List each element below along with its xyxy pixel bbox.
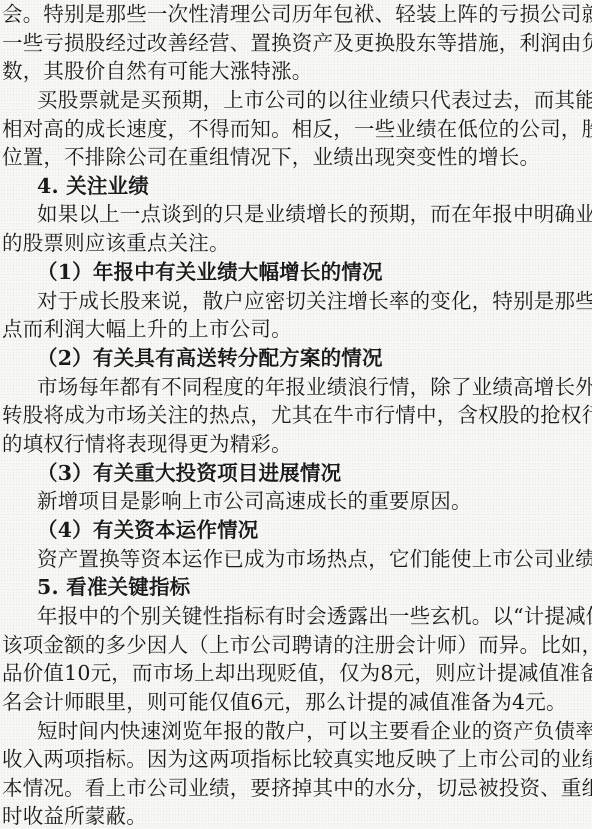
subsection-heading-3: （3）有关重大投资项目进展情况 xyxy=(37,459,592,487)
paragraph-first-line: 如果以上一点谈到的只是业绩增长的预期，而在年报中明确业绩大幅增长 xyxy=(37,200,592,228)
subsection-heading-1: （1）年报中有关业绩大幅增长的情况 xyxy=(37,258,592,286)
text-line: 收入两项指标。因为这两项指标比较真实地反映了上市公司的业绩和经营的基 xyxy=(2,745,592,773)
paragraph-first-line: 年报中的个别关键性指标有时会透露出一些玄机。以“计提减值”为例， xyxy=(37,602,592,630)
subsection-heading-4: （4）有关资本运作情况 xyxy=(37,516,592,544)
text-line: 位置，不排除公司在重组情况下，业绩出现突变性的增长。 xyxy=(2,143,592,171)
text-line: 时收益所蒙蔽。 xyxy=(2,802,592,829)
text-line: 名会计师眼里，则可能仅值6元，那么计提的减值准备为4元。 xyxy=(2,688,592,716)
paragraph-first-line: 市场每年都有不同程度的年报业绩浪行情，除了业绩高增长外，大比例送 xyxy=(37,373,592,401)
paragraph-first-line: 买股票就是买预期，上市公司的以往业绩只代表过去，而其能否继续保持 xyxy=(37,86,592,114)
text-line: 数，其股价自然有可能大涨特涨。 xyxy=(2,57,592,85)
text-line: 的股票则应该重点关注。 xyxy=(2,229,592,257)
paragraph-first-line: 资产置换等资本运作已成为市场热点，它们能使上市公司业绩大幅提升。 xyxy=(37,545,592,573)
text-line: 该项金额的多少因人（上市公司聘请的注册会计师）而异。比如，公司某件产 xyxy=(2,631,592,659)
section-heading-5: 5. 看准关键指标 xyxy=(37,573,592,601)
text-line: 的填权行情将表现得更为精彩。 xyxy=(2,430,592,458)
text-line: 点而利润大幅上升的上市公司。 xyxy=(2,315,592,343)
document-page: 会。特别是那些一次性清理公司历年包袱、轻装上阵的亏损公司就更要关注。 一些亏损股… xyxy=(0,0,592,829)
text-line: 会。特别是那些一次性清理公司历年包袱、轻装上阵的亏损公司就更要关注。 xyxy=(2,0,592,28)
text-line: 品价值10元，而市场上却出现贬值，仅为8元，则应计提减值准备2元。在另一 xyxy=(2,659,592,687)
paragraph-first-line: 新增项目是影响上市公司高速成长的重要原因。 xyxy=(37,487,592,515)
text-line: 一些亏损股经过改善经营、置换资产及更换股东等措施，利润由负数变成正 xyxy=(2,29,592,57)
subsection-heading-2: （2）有关具有高送转分配方案的情况 xyxy=(37,344,592,372)
text-line: 本情况。看上市公司业绩，要挤掉其中的水分，切忌被投资、重组等带来的暂 xyxy=(2,774,592,802)
text-line: 相对高的成长速度，不得而知。相反，一些业绩在低位的公司，股价处在较低 xyxy=(2,115,592,143)
paragraph-first-line: 对于成长股来说，散户应密切关注增长率的变化，特别是那些业绩出现拐 xyxy=(37,287,592,315)
text-line: 转股将成为市场关注的热点，尤其在牛市行情中，含权股的抢权行情和除权股 xyxy=(2,401,592,429)
paragraph-first-line: 短时间内快速浏览年报的散户，可以主要看企业的资产负债率和主营业务 xyxy=(37,717,592,745)
section-heading-4: 4. 关注业绩 xyxy=(37,172,592,200)
